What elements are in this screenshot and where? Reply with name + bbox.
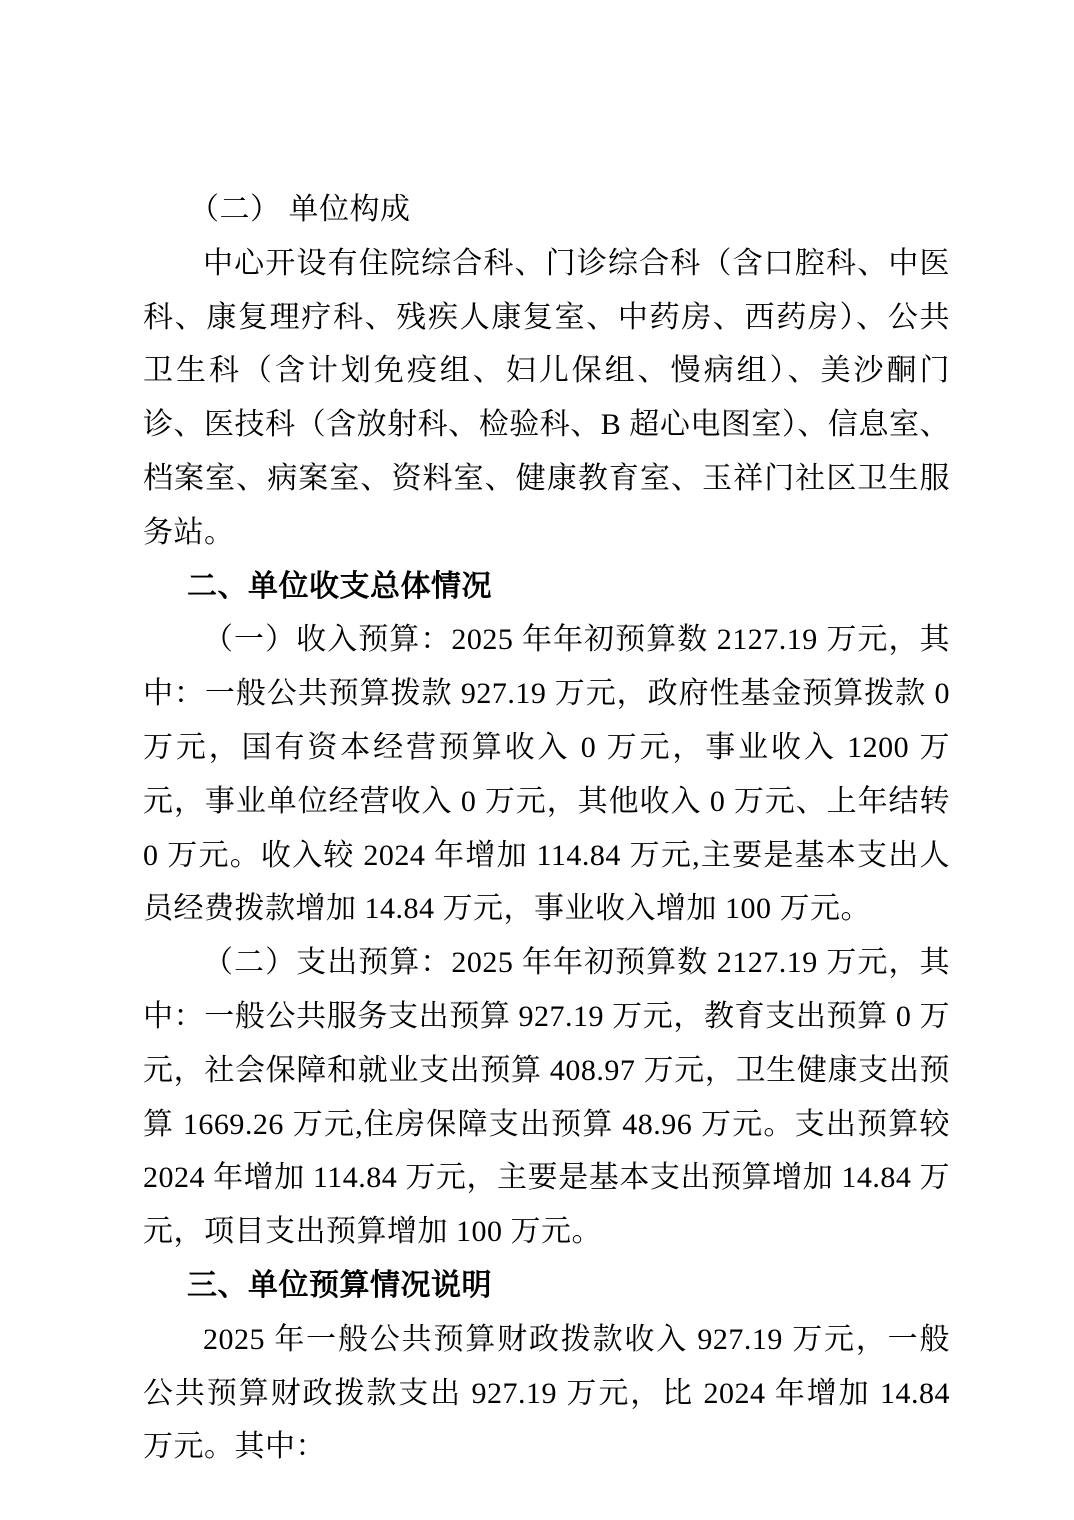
subsection-heading-unit-composition: （二） 单位构成 bbox=[143, 183, 950, 237]
section-heading-income-expenditure-overview: 二、单位收支总体情况 bbox=[143, 560, 950, 614]
paragraph-unit-composition: 中心开设有住院综合科、门诊综合科（含口腔科、中医科、康复理疗科、残疾人康复室、中… bbox=[143, 237, 950, 560]
paragraph-expenditure-budget: （二）支出预算：2025 年年初预算数 2127.19 万元，其中：一般公共服务… bbox=[143, 936, 950, 1259]
document-page: （二） 单位构成 中心开设有住院综合科、门诊综合科（含口腔科、中医科、康复理疗科… bbox=[0, 0, 1074, 1520]
paragraph-income-budget: （一）收入预算：2025 年年初预算数 2127.19 万元，其中：一般公共预算… bbox=[143, 613, 950, 936]
section-heading-budget-situation-explanation: 三、单位预算情况说明 bbox=[143, 1259, 950, 1313]
paragraph-general-public-budget-appropriation: 2025 年一般公共预算财政拨款收入 927.19 万元，一般公共预算财政拨款支… bbox=[143, 1313, 950, 1474]
